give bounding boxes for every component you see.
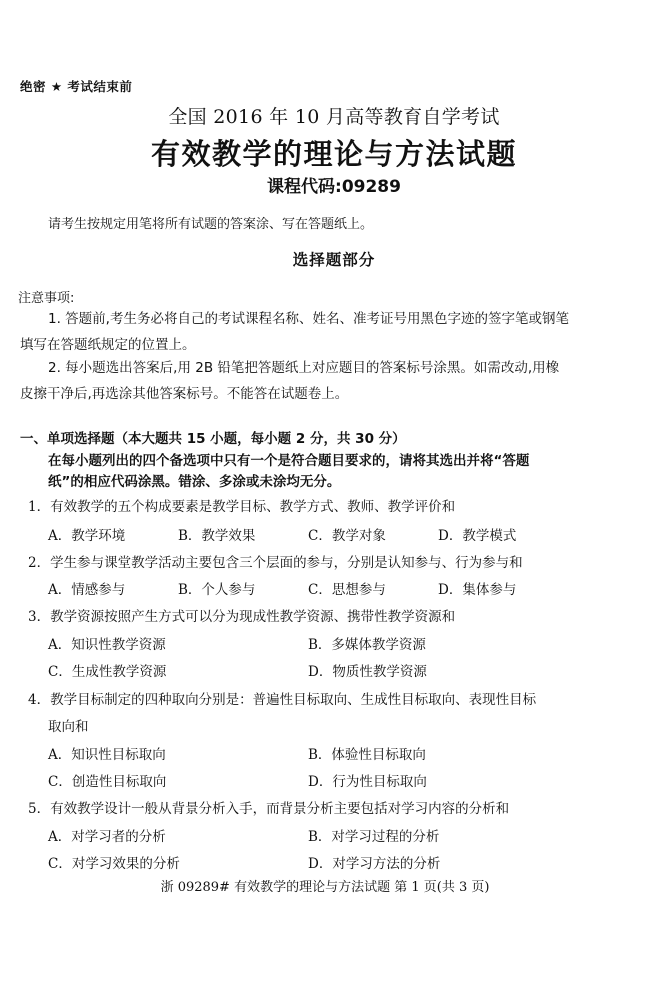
part-title: 选择题部分 [0,248,668,270]
question-1-option-c: C．教学对象 [308,524,386,544]
page-footer: 浙 09289# 有效教学的理论与方法试题 第 1 页(共 3 页) [0,876,668,895]
question-2-option-c: C．思想参与 [308,578,386,598]
question-3-option-b: B．多媒体教学资源 [308,633,426,653]
course-code: 课程代码:09289 [0,172,668,197]
note-item-2-line1: 2. 每小题选出答案后,用 2B 铅笔把答题纸上对应题目的答案标号涂黑。如需改动… [48,355,559,381]
question-2-option-b: B．个人参与 [178,578,255,598]
question-5-option-c: C．对学习效果的分析 [48,852,180,872]
note-item-1-line1: 1. 答题前,考生务必将自己的考试课程名称、姓名、准考证号用黑色字迹的签字笔或钢… [48,306,569,332]
question-3-option-c: C．生成性教学资源 [48,660,166,680]
general-instructions: 请考生按规定用笔将所有试题的答案涂、写在答题纸上。 [48,213,373,232]
section-desc-line2: 纸”的相应代码涂黑。错涂、多涂或未涂均无分。 [48,470,340,490]
question-4-option-c: C．创造性目标取向 [48,770,166,790]
section-desc-line1: 在每小题列出的四个备选项中只有一个是符合题目要求的，请将其选出并将“答题 [48,449,529,469]
exam-session-title: 全国 2016 年 10 月高等教育自学考试 [0,102,668,129]
question-5-option-a: A．对学习者的分析 [48,825,166,845]
question-2-option-d: D．集体参与 [438,578,516,598]
question-4-stem-continued: 取向和 [48,715,89,735]
question-4-option-a: A．知识性目标取向 [48,743,166,763]
section-header: 一、单项选择题（本大题共 15 小题，每小题 2 分，共 30 分） [20,427,406,447]
question-4-stem: 4．教学目标制定的四种取向分别是：普遍性目标取向、生成性目标取向、表现性目标 [28,688,536,708]
confidential-label: 绝密 ★ 考试结束前 [20,77,132,95]
question-3-option-d: D．物质性教学资源 [308,660,427,680]
question-1-option-d: D．教学模式 [438,524,516,544]
question-4-option-b: B．体验性目标取向 [308,743,426,763]
question-5-option-d: D．对学习方法的分析 [308,852,440,872]
question-1-stem: 1．有效教学的五个构成要素是教学目标、教学方式、教师、教学评价和 [28,495,455,515]
page-title: 有效教学的理论与方法试题 [0,132,668,173]
question-4-option-d: D．行为性目标取向 [308,770,427,790]
question-5-option-b: B．对学习过程的分析 [308,825,439,845]
question-1-option-a: A．教学环境 [48,524,125,544]
question-2-stem: 2．学生参与课堂教学活动主要包含三个层面的参与，分别是认知参与、行为参与和 [28,551,523,571]
question-5-stem: 5．有效教学设计一般从背景分析入手，而背景分析主要包括对学习内容的分析和 [28,797,509,817]
question-1-option-b: B．教学效果 [178,524,255,544]
question-2-option-a: A．情感参与 [48,578,125,598]
note-item-2-line2: 皮擦干净后,再选涂其他答案标号。不能答在试题卷上。 [20,381,348,407]
question-3-option-a: A．知识性教学资源 [48,633,166,653]
notes-title: 注意事项: [18,287,74,306]
question-3-stem: 3．教学资源按照产生方式可以分为现成性教学资源、携带性教学资源和 [28,605,455,625]
